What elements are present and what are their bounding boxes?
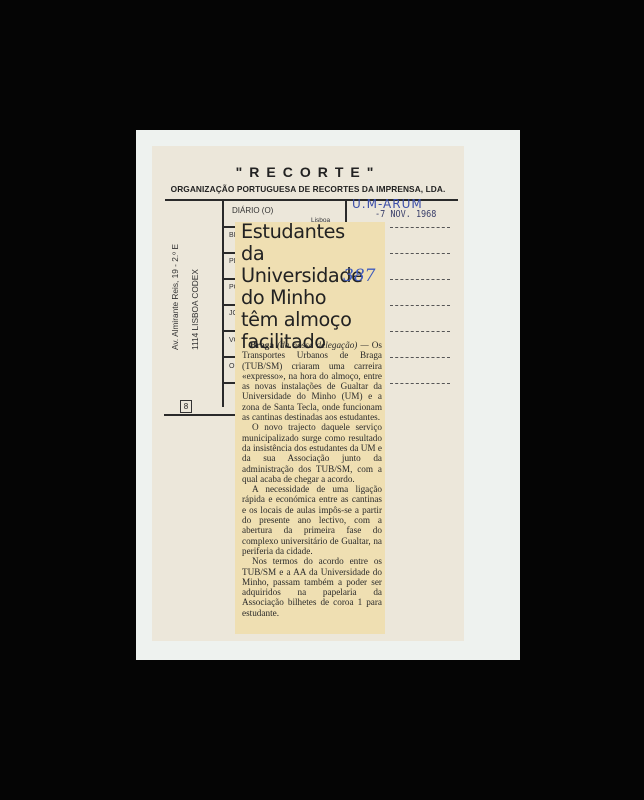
- address-line-1: Av. Almirante Reis, 19 - 2.º E: [170, 244, 180, 350]
- field-diario: DIÁRIO (O): [232, 206, 273, 215]
- handwritten-reference-number: 387: [343, 266, 375, 286]
- row-rule: [222, 252, 236, 254]
- bottom-rule: [164, 414, 244, 416]
- article-body: Braga (da nossa delegação) — Os Transpor…: [242, 340, 382, 618]
- headline: Estudantes da Universidade do Minho têm …: [241, 221, 386, 353]
- article-paragraph: Nos termos do acordo entre os TUB/SM e a…: [242, 556, 382, 618]
- row-rule: [222, 330, 236, 332]
- address-line-2: 1114 LISBOA CODEX: [190, 269, 200, 350]
- dateline-city: Braga: [250, 340, 274, 350]
- article-paragraph: O novo trajecto daquele serviço municipa…: [242, 422, 382, 484]
- row-rule: [222, 304, 236, 306]
- dotted-rule: [390, 331, 450, 333]
- headline-line: do Minho: [241, 287, 386, 309]
- article-paragraph: A necessidade de uma ligação rápida e ec…: [242, 484, 382, 556]
- dotted-rule: [390, 279, 450, 281]
- article-paragraph: Braga (da nossa delegação) — Os Transpor…: [242, 340, 382, 422]
- row-rule: [222, 356, 236, 358]
- dotted-rule: [390, 357, 450, 359]
- dotted-rule: [390, 253, 450, 255]
- stamp-divider: [345, 200, 347, 222]
- row-rule: [222, 226, 236, 228]
- row-rule: [222, 278, 236, 280]
- headline-line: têm almoço: [241, 309, 386, 331]
- dotted-rule: [390, 227, 450, 229]
- dotted-rule: [390, 305, 450, 307]
- headline-line: Estudantes: [241, 221, 386, 243]
- column-divider: [222, 199, 224, 407]
- form-subtitle: ORGANIZAÇÃO PORTUGUESA DE RECORTES DA IM…: [152, 184, 464, 194]
- form-title: "RECORTE": [152, 164, 464, 180]
- stamp-date: -7 NOV. 1968: [375, 209, 436, 220]
- box-number: 8: [180, 400, 192, 413]
- dotted-rule: [390, 383, 450, 385]
- row-rule: [222, 382, 236, 384]
- dateline-note: (da nossa delegação) —: [277, 340, 369, 350]
- paragraph-text: Os Transportes Urbanos de Braga (TUB/SM)…: [242, 340, 382, 422]
